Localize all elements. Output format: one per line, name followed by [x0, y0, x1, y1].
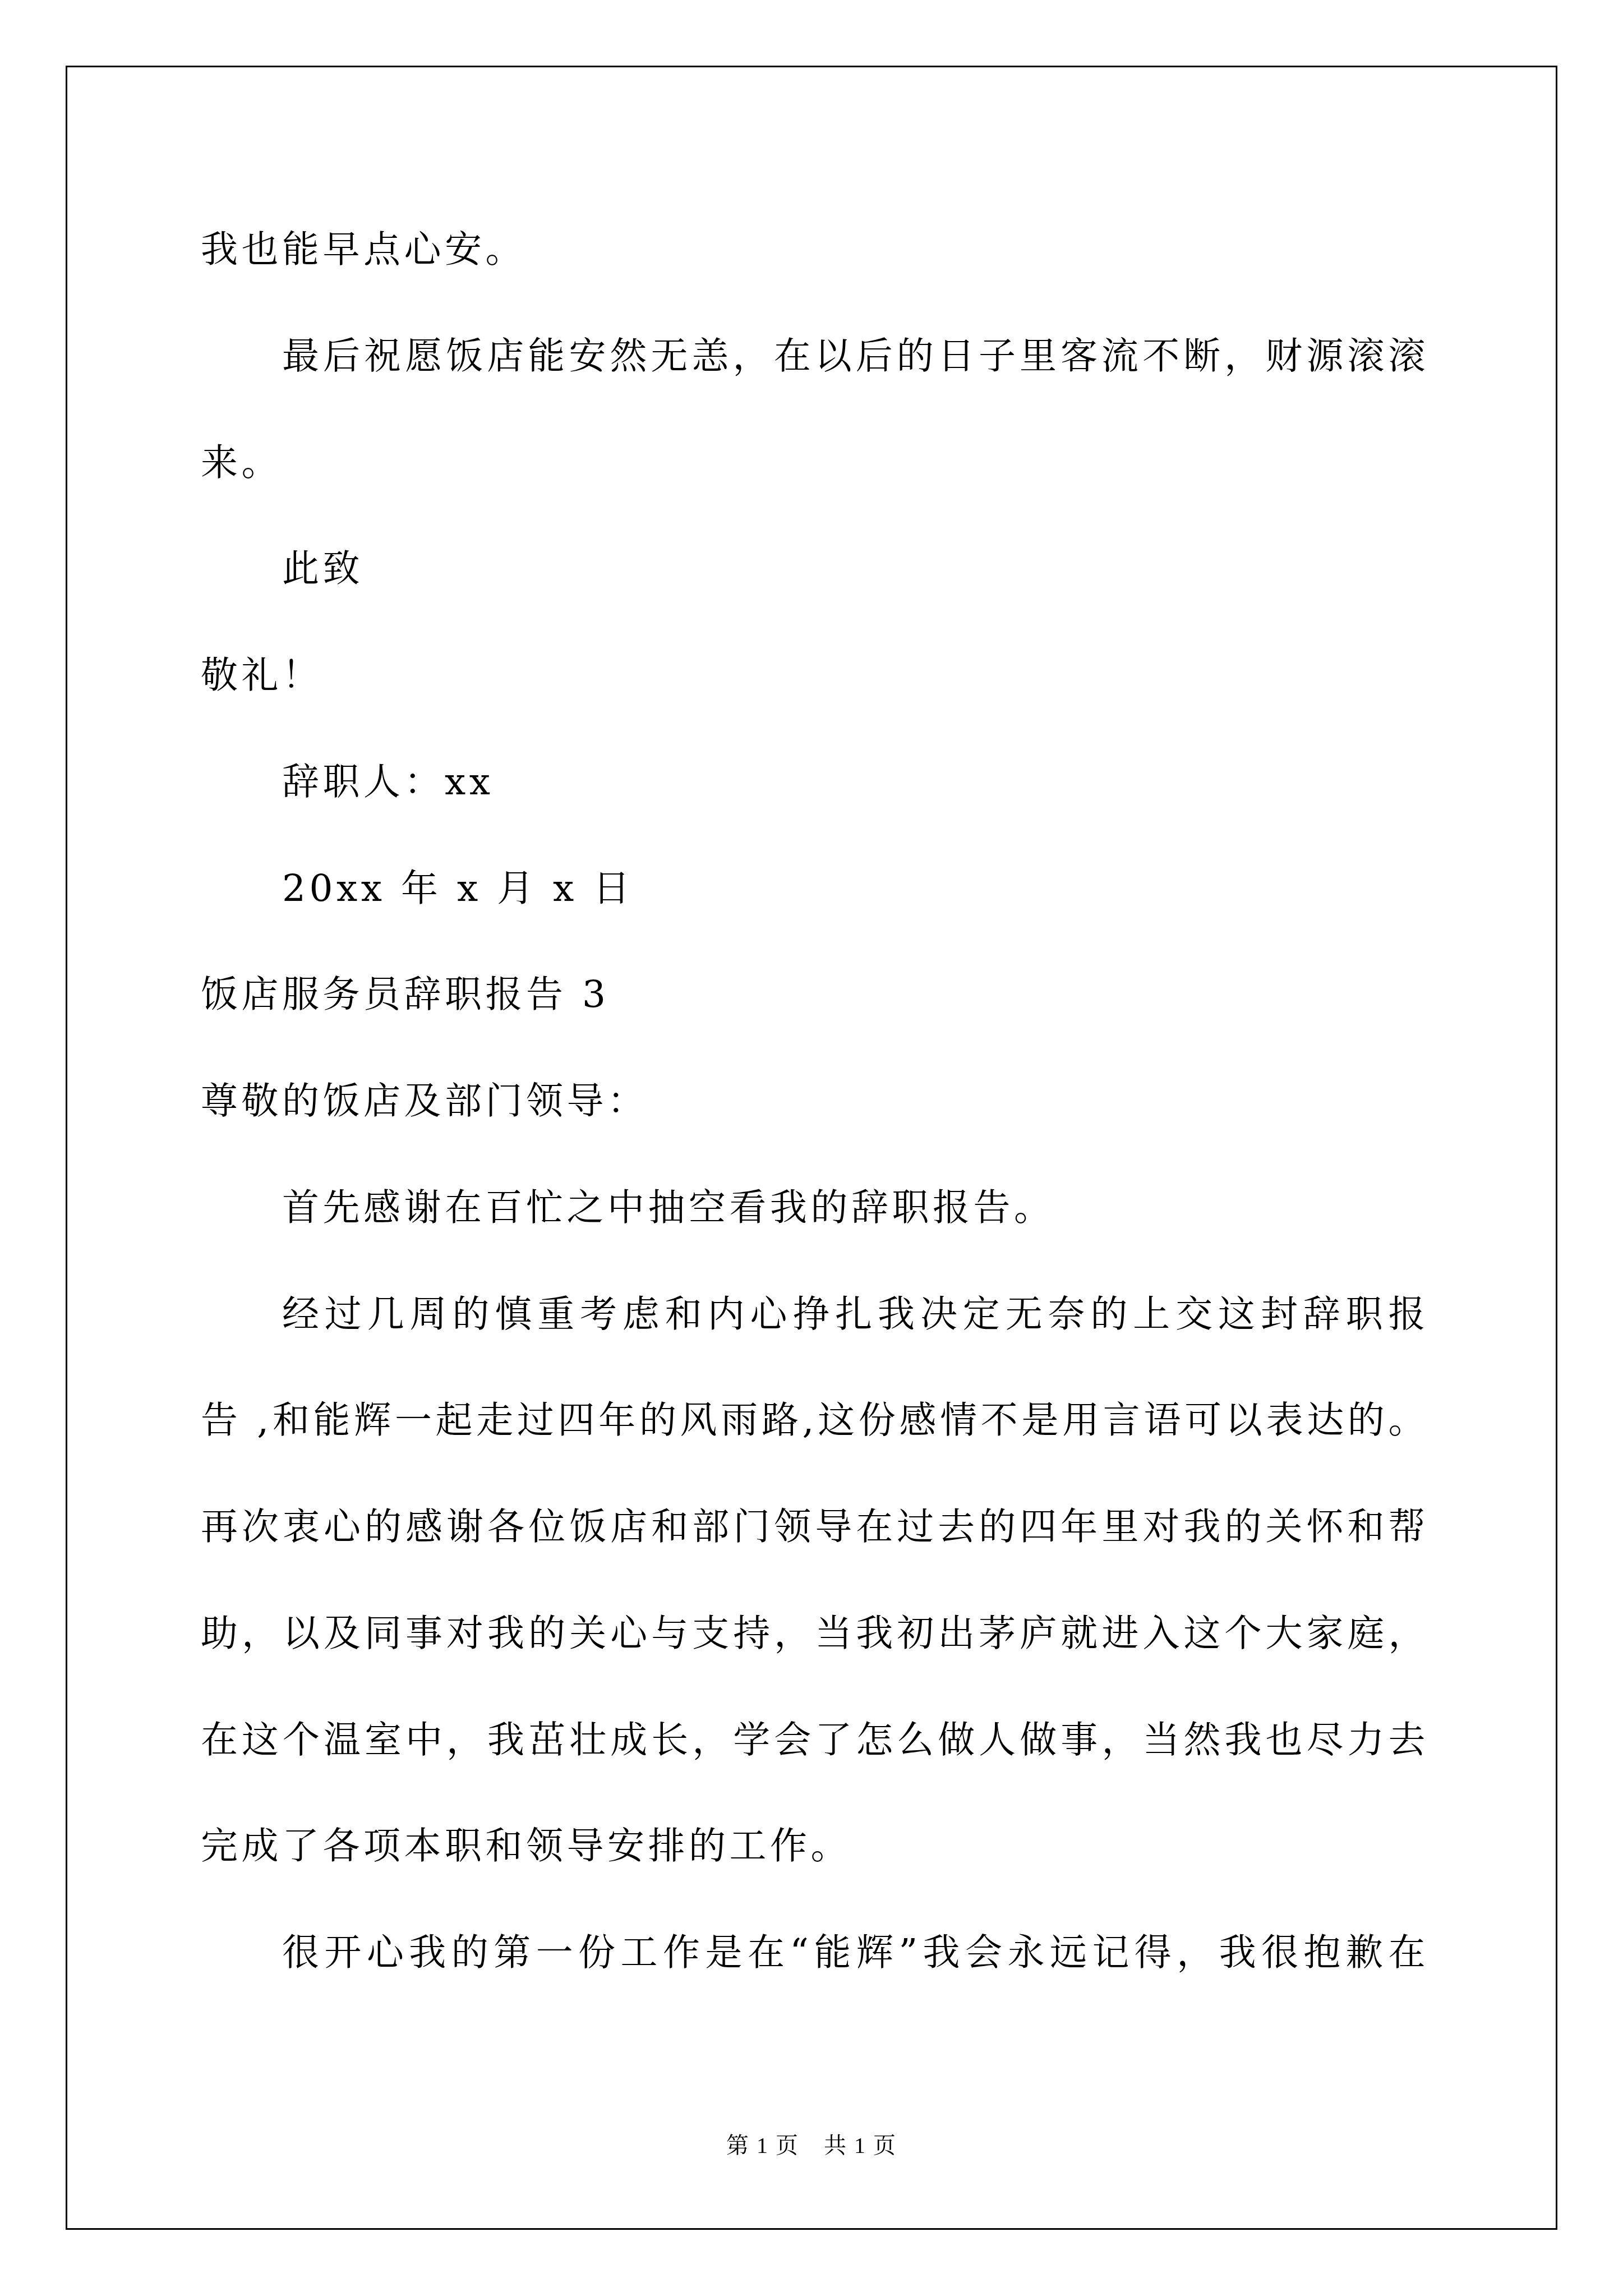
text-line: 最后祝愿饭店能安然无恙，在以后的日子里客流不断，财源滚滚	[201, 303, 1429, 409]
section-title: 饭店服务员辞职报告 3	[201, 941, 1429, 1048]
text-line: 很开心我的第一份工作是在“能辉”我会永远记得，我很抱歉在	[201, 1899, 1429, 2006]
document-body: 我也能早点心安。 最后祝愿饭店能安然无恙，在以后的日子里客流不断，财源滚滚 来。…	[201, 196, 1429, 2006]
page-number-current: 第 1 页	[726, 2133, 799, 2158]
text-line: 经过几周的慎重考虑和内心挣扎我决定无奈的上交这封辞职报	[201, 1261, 1429, 1368]
closing-salutation: 此致	[201, 516, 1429, 622]
closing-regards: 敬礼！	[201, 622, 1429, 729]
text-line: 我也能早点心安。	[201, 196, 1429, 303]
page-footer: 第 1 页共 1 页	[0, 2132, 1623, 2160]
page-number-total: 共 1 页	[824, 2133, 897, 2158]
text-line: 再次衷心的感谢各位饭店和部门领导在过去的四年里对我的关怀和帮	[201, 1474, 1429, 1580]
text-line: 完成了各项本职和领导安排的工作。	[201, 1793, 1429, 1899]
signature-date: 20xx 年 x 月 x 日	[201, 835, 1429, 942]
greeting: 尊敬的饭店及部门领导：	[201, 1048, 1429, 1154]
text-line: 来。	[201, 409, 1429, 516]
text-line: 助，以及同事对我的关心与支持，当我初出茅庐就进入这个大家庭，	[201, 1580, 1429, 1687]
text-line: 告 ,和能辉一起走过四年的风雨路,这份感情不是用言语可以表达的。	[201, 1367, 1429, 1474]
text-line: 首先感谢在百忙之中抽空看我的辞职报告。	[201, 1154, 1429, 1261]
text-line: 在这个温室中，我茁壮成长，学会了怎么做人做事，当然我也尽力去	[201, 1687, 1429, 1793]
signature-name: 辞职人：xx	[201, 729, 1429, 835]
